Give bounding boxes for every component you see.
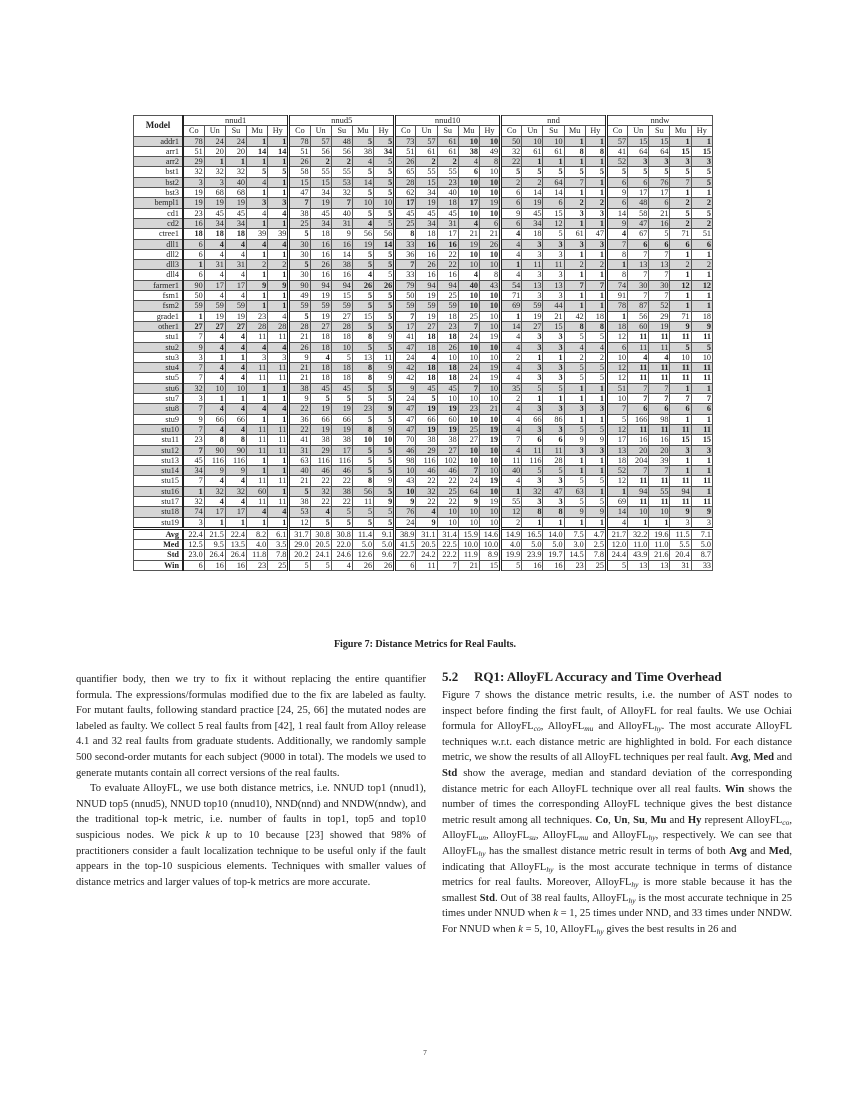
table-cell: 9 bbox=[670, 321, 691, 331]
table-cell: 1 bbox=[268, 270, 289, 280]
table-row: arr2291111262245262248221111523333 bbox=[134, 157, 713, 167]
table-cell: 12 bbox=[606, 476, 627, 486]
table-cell: 41 bbox=[289, 435, 310, 445]
table-cell: 21 bbox=[289, 373, 310, 383]
table-cell: 30 bbox=[289, 239, 310, 249]
table-cell: 5 bbox=[310, 560, 331, 570]
table-cell: 45 bbox=[225, 208, 246, 218]
table-cell: 1 bbox=[543, 157, 564, 167]
table-cell: 14 bbox=[247, 146, 268, 156]
table-cell: 1 bbox=[268, 291, 289, 301]
table-cell: 11 bbox=[247, 363, 268, 373]
table-cell: 23 bbox=[247, 311, 268, 321]
table-cell: 4 bbox=[352, 157, 373, 167]
row-label: stu6 bbox=[134, 383, 184, 393]
table-cell: 19 bbox=[437, 424, 458, 434]
table-cell: 25 bbox=[268, 560, 289, 570]
table-cell: 4 bbox=[310, 352, 331, 362]
table-cell: 45 bbox=[437, 208, 458, 218]
table-cell: 1 bbox=[585, 301, 606, 311]
table-cell: 45 bbox=[416, 208, 437, 218]
table-cell: 1 bbox=[564, 188, 585, 198]
table-cell: 5 bbox=[649, 229, 670, 239]
table-row: stu1732441111382222119922229195533556911… bbox=[134, 496, 713, 506]
table-cell: 7 bbox=[183, 373, 204, 383]
table-cell: 34 bbox=[310, 218, 331, 228]
row-label: stu7 bbox=[134, 394, 184, 404]
row-label: bst2 bbox=[134, 177, 184, 187]
table-cell: 2 bbox=[564, 260, 585, 270]
row-label: stu4 bbox=[134, 363, 184, 373]
table-cell: 5 bbox=[352, 414, 373, 424]
table-cell: 19 bbox=[183, 188, 204, 198]
table-cell: 51 bbox=[289, 146, 310, 156]
table-cell: 14.0 bbox=[543, 528, 564, 539]
table-cell: 3 bbox=[670, 157, 691, 167]
table-cell: 8 bbox=[606, 249, 627, 259]
table-cell: 2 bbox=[331, 157, 352, 167]
table-cell: 1 bbox=[564, 291, 585, 301]
table-cell: 24.4 bbox=[606, 550, 627, 560]
table-cell: 10 bbox=[437, 352, 458, 362]
table-cell: 45 bbox=[395, 208, 416, 218]
row-label: fsm1 bbox=[134, 291, 184, 301]
row-label: bempl1 bbox=[134, 198, 184, 208]
table-cell: 13 bbox=[628, 560, 649, 570]
table-cell: 18 bbox=[585, 311, 606, 321]
table-cell: 12 bbox=[691, 280, 712, 290]
table-cell: 12 bbox=[606, 424, 627, 434]
row-label: farmer1 bbox=[134, 280, 184, 290]
table-cell: 26 bbox=[352, 560, 373, 570]
table-cell: 5 bbox=[606, 560, 627, 570]
table-cell: 1 bbox=[628, 517, 649, 528]
table-cell: 18 bbox=[416, 342, 437, 352]
table-cell: 24 bbox=[395, 517, 416, 528]
table-cell: 5 bbox=[331, 507, 352, 517]
table-cell: 16 bbox=[649, 218, 670, 228]
table-cell: 3 bbox=[522, 249, 543, 259]
table-cell: 3 bbox=[585, 445, 606, 455]
table-cell: 32 bbox=[416, 486, 437, 496]
table-cell: 7 bbox=[183, 424, 204, 434]
table-cell: 116 bbox=[522, 455, 543, 465]
table-cell: 2 bbox=[564, 352, 585, 362]
table-cell: 2 bbox=[564, 198, 585, 208]
table-cell: 5 bbox=[564, 167, 585, 177]
table-cell: 5 bbox=[374, 167, 395, 177]
table-cell: 13 bbox=[649, 260, 670, 270]
table-cell: 29 bbox=[649, 311, 670, 321]
table-cell: 1 bbox=[501, 486, 522, 496]
table-cell: 14 bbox=[543, 188, 564, 198]
table-cell: 36 bbox=[289, 414, 310, 424]
table-cell: 23.0 bbox=[183, 550, 204, 560]
table-cell: 58 bbox=[289, 167, 310, 177]
table-cell: 22 bbox=[437, 496, 458, 506]
table-cell: 11 bbox=[268, 476, 289, 486]
table-cell: 11 bbox=[670, 373, 691, 383]
table-cell: 4 bbox=[501, 270, 522, 280]
table-cell: 3 bbox=[543, 332, 564, 342]
table-cell: 25 bbox=[395, 218, 416, 228]
table-cell: 3 bbox=[522, 496, 543, 506]
table-cell: 2.5 bbox=[585, 540, 606, 550]
table-cell: 57 bbox=[310, 136, 331, 146]
table-cell: 3 bbox=[691, 157, 712, 167]
table-cell: 11 bbox=[628, 496, 649, 506]
table-cell: 58 bbox=[628, 208, 649, 218]
table-cell: 1 bbox=[543, 517, 564, 528]
table-cell: 11 bbox=[649, 496, 670, 506]
table-cell: 18 bbox=[437, 311, 458, 321]
table-cell: 52 bbox=[606, 466, 627, 476]
table-cell: 10 bbox=[395, 486, 416, 496]
table-cell: 10 bbox=[606, 352, 627, 362]
table-cell: 9 bbox=[204, 466, 225, 476]
table-cell: 49 bbox=[479, 146, 500, 156]
table-cell: 4.0 bbox=[247, 540, 268, 550]
table-cell: 3 bbox=[543, 404, 564, 414]
table-cell: 33 bbox=[395, 270, 416, 280]
table-cell: 1 bbox=[183, 486, 204, 496]
table-cell: 15 bbox=[691, 146, 712, 156]
table-cell: 31 bbox=[289, 445, 310, 455]
table-cell: 1 bbox=[268, 414, 289, 424]
table-cell: 45 bbox=[310, 383, 331, 393]
table-cell: 23 bbox=[437, 321, 458, 331]
table-cell: 21 bbox=[649, 208, 670, 218]
sub-header-nnud1-mu: Mu bbox=[247, 126, 268, 136]
table-row: stu1574411112122228943222224194335512111… bbox=[134, 476, 713, 486]
table-cell: 24 bbox=[458, 373, 479, 383]
table-cell: 1 bbox=[670, 188, 691, 198]
table-cell: 1 bbox=[585, 218, 606, 228]
table-cell: 15.9 bbox=[458, 528, 479, 539]
table-cell: 7 bbox=[606, 239, 627, 249]
table-cell: 3 bbox=[543, 249, 564, 259]
table-cell: 73 bbox=[395, 136, 416, 146]
table-cell: 7 bbox=[649, 249, 670, 259]
table-cell: 59 bbox=[225, 301, 246, 311]
table-cell: 11 bbox=[268, 496, 289, 506]
table-cell: 42 bbox=[395, 373, 416, 383]
table-cell: 18 bbox=[204, 229, 225, 239]
table-cell: 6 bbox=[395, 560, 416, 570]
table-cell: 11 bbox=[247, 332, 268, 342]
table-cell: 16 bbox=[416, 249, 437, 259]
table-cell: 55 bbox=[310, 167, 331, 177]
table-cell: 5 bbox=[374, 177, 395, 187]
table-cell: 55 bbox=[331, 167, 352, 177]
table-cell: 48 bbox=[331, 136, 352, 146]
table-cell: 9 bbox=[585, 435, 606, 445]
table-cell: 3 bbox=[691, 517, 712, 528]
table-cell: 11 bbox=[247, 445, 268, 455]
table-row: bst2334041151553145281523101022647166767… bbox=[134, 177, 713, 187]
table-cell: 11 bbox=[691, 424, 712, 434]
table-cell: 116 bbox=[225, 455, 246, 465]
table-cell: 7 bbox=[331, 198, 352, 208]
table-cell: 10 bbox=[649, 507, 670, 517]
sub-header-nnd-hy: Hy bbox=[585, 126, 606, 136]
table-cell: 25 bbox=[585, 560, 606, 570]
table-cell: 19 bbox=[416, 198, 437, 208]
table-cell: 5 bbox=[331, 352, 352, 362]
table-cell: 1 bbox=[268, 383, 289, 393]
sub-header-nnud1-hy: Hy bbox=[268, 126, 289, 136]
row-label: stu13 bbox=[134, 455, 184, 465]
table-row: bst3196868114734325562344010106141411917… bbox=[134, 188, 713, 198]
table-cell: 8 bbox=[564, 321, 585, 331]
table-cell: 204 bbox=[628, 455, 649, 465]
table-cell: 5 bbox=[564, 373, 585, 383]
table-cell: 13 bbox=[543, 280, 564, 290]
sub-header-nndw-su: Su bbox=[649, 126, 670, 136]
table-cell: 18 bbox=[416, 363, 437, 373]
row-label: stu10 bbox=[134, 424, 184, 434]
table-cell: 30.8 bbox=[310, 528, 331, 539]
table-cell: 11 bbox=[628, 424, 649, 434]
table-cell: 5 bbox=[564, 496, 585, 506]
table-cell: 19.7 bbox=[543, 550, 564, 560]
table-cell: 4 bbox=[204, 342, 225, 352]
table-cell: 18 bbox=[331, 363, 352, 373]
table-cell: 10 bbox=[479, 249, 500, 259]
table-cell: 5 bbox=[522, 383, 543, 393]
table-cell: 28 bbox=[289, 321, 310, 331]
table-cell: 5 bbox=[310, 394, 331, 404]
table-cell: 12 bbox=[606, 332, 627, 342]
table-cell: 4 bbox=[204, 291, 225, 301]
table-cell: 4 bbox=[628, 352, 649, 362]
table-cell: 18 bbox=[225, 229, 246, 239]
table-cell: 1 bbox=[564, 517, 585, 528]
table-cell: 3 bbox=[543, 291, 564, 301]
table-cell: 7 bbox=[628, 394, 649, 404]
table-cell: 22 bbox=[416, 476, 437, 486]
table-cell: 61 bbox=[543, 146, 564, 156]
table-cell: 16 bbox=[225, 560, 246, 570]
table-cell: 5 bbox=[374, 517, 395, 528]
table-cell: 7 bbox=[183, 404, 204, 414]
table-cell: 38 bbox=[331, 260, 352, 270]
table-cell: 4 bbox=[247, 239, 268, 249]
table-cell: 4 bbox=[352, 270, 373, 280]
table-cell: 66 bbox=[204, 414, 225, 424]
table-cell: 1 bbox=[247, 466, 268, 476]
table-cell: 19 bbox=[458, 239, 479, 249]
table-cell: 9.6 bbox=[374, 550, 395, 560]
table-cell: 7 bbox=[670, 177, 691, 187]
table-cell: 52 bbox=[606, 157, 627, 167]
table-cell: 27 bbox=[416, 321, 437, 331]
table-cell: 5 bbox=[670, 167, 691, 177]
table-cell: 10 bbox=[670, 352, 691, 362]
table-cell: 7 bbox=[437, 560, 458, 570]
row-label: stu18 bbox=[134, 507, 184, 517]
row-label: stu5 bbox=[134, 373, 184, 383]
table-cell: 6 bbox=[183, 249, 204, 259]
table-cell: 1 bbox=[691, 136, 712, 146]
table-cell: 1 bbox=[268, 157, 289, 167]
table-cell: 116 bbox=[310, 455, 331, 465]
table-cell: 16 bbox=[628, 435, 649, 445]
table-cell: 11 bbox=[670, 424, 691, 434]
table-cell: 22 bbox=[437, 249, 458, 259]
table-cell: 22.7 bbox=[395, 550, 416, 560]
table-row: stu1874171744534555764101010128899141010… bbox=[134, 507, 713, 517]
table-cell: 18 bbox=[437, 373, 458, 383]
table-cell: 14 bbox=[522, 188, 543, 198]
table-cell: 11 bbox=[691, 476, 712, 486]
table-cell: 20.5 bbox=[310, 540, 331, 550]
table-cell: 116 bbox=[416, 455, 437, 465]
table-cell: 25 bbox=[458, 311, 479, 321]
table-row: cd12345454438454055454545101094515331458… bbox=[134, 208, 713, 218]
table-cell: 1 bbox=[247, 455, 268, 465]
table-cell: 1 bbox=[564, 466, 585, 476]
group-header-nnd: nnd bbox=[501, 116, 607, 126]
table-cell: 9 bbox=[416, 517, 437, 528]
table-cell: 16 bbox=[543, 560, 564, 570]
row-label: Win bbox=[134, 560, 184, 570]
table-cell: 12 bbox=[606, 363, 627, 373]
table-cell: 54 bbox=[501, 280, 522, 290]
table-cell: 27 bbox=[310, 321, 331, 331]
sub-header-nndw-hy: Hy bbox=[691, 126, 712, 136]
table-cell: 68 bbox=[225, 188, 246, 198]
table-row: stu1279090111131291755462927101041111331… bbox=[134, 445, 713, 455]
table-cell: 1 bbox=[606, 486, 627, 496]
table-cell: 10 bbox=[458, 394, 479, 404]
table-cell: 1 bbox=[691, 486, 712, 496]
table-cell: 31 bbox=[204, 260, 225, 270]
sub-header-nnud10-mu: Mu bbox=[458, 126, 479, 136]
table-cell: 11 bbox=[649, 332, 670, 342]
table-cell: 6 bbox=[649, 198, 670, 208]
table-cell: 8 bbox=[352, 476, 373, 486]
table-cell: 4 bbox=[247, 342, 268, 352]
table-cell: 26 bbox=[416, 260, 437, 270]
table-cell: 8.7 bbox=[691, 550, 712, 560]
table-cell: 14 bbox=[501, 321, 522, 331]
table-cell: 21.6 bbox=[649, 550, 670, 560]
table-cell: 9 bbox=[374, 496, 395, 506]
table-cell: 10 bbox=[458, 188, 479, 198]
sub-header-nndw-un: Un bbox=[628, 126, 649, 136]
table-cell: 9 bbox=[501, 208, 522, 218]
table-cell: 5 bbox=[585, 167, 606, 177]
paragraph-dataset: quantifier body, then we try to fix it w… bbox=[76, 672, 426, 781]
table-cell: 18 bbox=[416, 229, 437, 239]
table-cell: 30 bbox=[628, 280, 649, 290]
table-cell: 22 bbox=[289, 404, 310, 414]
table-cell: 6 bbox=[543, 198, 564, 208]
table-cell: 11 bbox=[268, 332, 289, 342]
table-cell: 42 bbox=[395, 363, 416, 373]
table-cell: 4 bbox=[204, 270, 225, 280]
table-cell: 6 bbox=[543, 435, 564, 445]
table-cell: 24.1 bbox=[310, 550, 331, 560]
table-cell: 17 bbox=[458, 198, 479, 208]
table-cell: 1 bbox=[585, 270, 606, 280]
sub-header-nndw-co: Co bbox=[606, 126, 627, 136]
table-cell: 10 bbox=[374, 198, 395, 208]
table-cell: 64 bbox=[543, 177, 564, 187]
table-cell: 66 bbox=[331, 414, 352, 424]
table-cell: 34 bbox=[416, 188, 437, 198]
table-cell: 23 bbox=[183, 435, 204, 445]
table-cell: 5 bbox=[374, 414, 395, 424]
table-cell: 1 bbox=[564, 270, 585, 280]
table-cell: 30.8 bbox=[331, 528, 352, 539]
table-cell: 3 bbox=[543, 496, 564, 506]
table-cell: 24 bbox=[458, 363, 479, 373]
table-cell: 1 bbox=[585, 466, 606, 476]
table-cell: 31.7 bbox=[289, 528, 310, 539]
table-cell: 21 bbox=[479, 404, 500, 414]
table-cell: 2 bbox=[501, 517, 522, 528]
table-cell: 2 bbox=[522, 177, 543, 187]
table-cell: 5 bbox=[289, 560, 310, 570]
table-cell: 59 bbox=[289, 301, 310, 311]
table-cell: 5 bbox=[374, 383, 395, 393]
table-cell: 21.5 bbox=[204, 528, 225, 539]
table-cell: 32 bbox=[183, 383, 204, 393]
table-cell: 6 bbox=[501, 198, 522, 208]
table-cell: 7 bbox=[395, 260, 416, 270]
table-cell: 4 bbox=[416, 352, 437, 362]
table-cell: 5 bbox=[374, 136, 395, 146]
table-cell: 14.5 bbox=[564, 550, 585, 560]
row-label: dll3 bbox=[134, 260, 184, 270]
sub-header-nndw-mu: Mu bbox=[670, 126, 691, 136]
table-cell: 3 bbox=[628, 157, 649, 167]
table-cell: 3 bbox=[691, 445, 712, 455]
table-cell: 26 bbox=[310, 260, 331, 270]
sub-header-nnud5-mu: Mu bbox=[352, 126, 373, 136]
table-cell: 21 bbox=[543, 311, 564, 321]
table-cell: 5 bbox=[374, 486, 395, 496]
table-cell: 9 bbox=[183, 342, 204, 352]
table-cell: 5 bbox=[501, 560, 522, 570]
sub-header-nnud5-un: Un bbox=[310, 126, 331, 136]
row-label: arr2 bbox=[134, 157, 184, 167]
table-cell: 6 bbox=[628, 177, 649, 187]
table-cell: 3 bbox=[183, 517, 204, 528]
table-cell: 22 bbox=[331, 496, 352, 506]
table-row: bst132323255585555556555556105555555555 bbox=[134, 167, 713, 177]
table-cell: 4 bbox=[458, 157, 479, 167]
table-cell: 10 bbox=[479, 311, 500, 321]
table-cell: 5 bbox=[352, 466, 373, 476]
table-cell: 31 bbox=[225, 260, 246, 270]
table-cell: 6 bbox=[501, 218, 522, 228]
table-cell: 1 bbox=[670, 414, 691, 424]
table-cell: 34 bbox=[374, 146, 395, 156]
table-cell: 10 bbox=[458, 249, 479, 259]
table-cell: 47 bbox=[543, 486, 564, 496]
table-cell: 4 bbox=[268, 342, 289, 352]
table-cell: 5 bbox=[331, 394, 352, 404]
table-cell: 87 bbox=[628, 301, 649, 311]
table-cell: 3 bbox=[522, 239, 543, 249]
table-row: arr1512020141451565638345161613849326161… bbox=[134, 146, 713, 156]
table-cell: 1 bbox=[564, 301, 585, 311]
table-cell: 7 bbox=[691, 394, 712, 404]
table-cell: 64 bbox=[628, 146, 649, 156]
